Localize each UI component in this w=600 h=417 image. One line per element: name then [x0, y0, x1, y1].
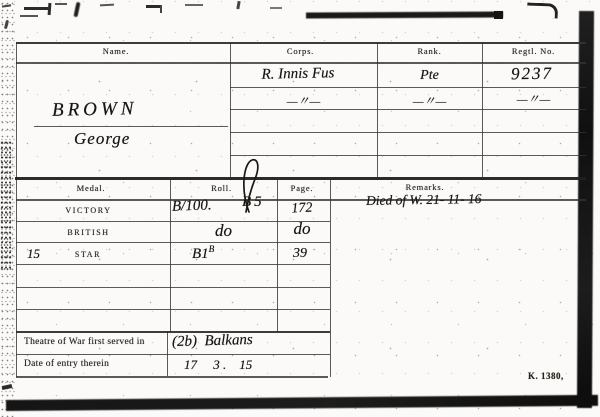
british-page-ditto: do: [277, 219, 327, 239]
scan-artifact-dash: [24, 7, 48, 10]
star-page-value: 39: [277, 246, 323, 262]
medal-index-card-scan: Name. Corps. Rank. Regtl. No. BROWN Geor…: [0, 0, 600, 417]
scan-bottom-edge-bar: [6, 395, 598, 411]
victory-roll-value: B/100.: [172, 197, 212, 215]
page-column-header: Page.: [277, 183, 327, 193]
surname-underline: [34, 126, 228, 127]
scan-artifact-stroke: [73, 2, 80, 17]
row-line: [16, 287, 330, 288]
form-code: K. 1380,: [528, 371, 564, 381]
british-medal-label: BRITISH: [16, 228, 161, 237]
scan-artifact-tick: [160, 5, 162, 13]
scan-artifact-dash: [100, 4, 114, 7]
date-of-entry-value: 17 3 . 15: [184, 357, 252, 373]
scan-artifact-dash: [55, 3, 67, 5]
scan-artifact-dash: [185, 4, 203, 6]
medal-column-header: Medal.: [16, 183, 166, 193]
row-line: [230, 87, 586, 88]
star-prefix-value: 15: [27, 246, 40, 262]
theatre-box-bottom: [16, 376, 328, 378]
scan-artifact-dash: [20, 15, 38, 17]
surname-value: BROWN: [52, 98, 138, 121]
rank-value: Pte: [377, 68, 482, 84]
card-top-border: [16, 42, 586, 44]
regtl-no-column-header: Regtl. No.: [482, 46, 585, 56]
remarks-column-header: Remarks.: [330, 182, 520, 192]
scan-left-edge-dark-speckle: [0, 140, 13, 270]
corps-value: R. Innis Fus: [234, 65, 362, 85]
victory-medal-label: VICTORY: [16, 206, 161, 215]
row-line: [230, 132, 586, 133]
theatre-of-war-value: (2b) Balkans: [172, 332, 253, 351]
rank-column-header: Rank.: [377, 46, 482, 56]
theatre-label-divider: [167, 331, 168, 376]
scan-artifact-tick: [48, 3, 51, 15]
scan-artifact-mark: [236, 1, 240, 9]
scan-artifact-top-bar-end: [494, 11, 503, 19]
theatre-of-war-label: Theatre of War first served in: [24, 337, 145, 347]
theatre-box-top: [16, 331, 330, 333]
row-line: [16, 264, 330, 265]
regtl-ditto-mark: —〃—: [482, 90, 585, 107]
scan-artifact-top-bar: [306, 11, 503, 18]
pen-flourish-loop: [236, 158, 264, 214]
regtl-no-value: 9237: [482, 63, 582, 85]
scan-artifact-hook: [527, 2, 559, 18]
corps-ditto-mark: —〃—: [230, 92, 377, 109]
row-line: [16, 242, 330, 243]
name-column-header: Name.: [56, 46, 176, 56]
forename-value: George: [74, 129, 130, 149]
scan-artifact-dash: [270, 7, 282, 9]
header-underline: [16, 62, 586, 64]
theatre-box-mid: [16, 354, 330, 355]
rank-ditto-mark: —〃—: [377, 92, 482, 109]
section-divider: [15, 177, 586, 180]
row-line: [230, 109, 586, 110]
british-roll-ditto: do: [170, 221, 277, 241]
corps-column-header: Corps.: [238, 46, 363, 56]
star-medal-label: STAR: [40, 250, 136, 259]
row-line: [230, 155, 586, 156]
star-roll-main: B1: [192, 246, 209, 262]
date-of-entry-label: Date of entry therein: [24, 359, 109, 369]
row-line: [16, 309, 330, 310]
remarks-value: Died of W. 21- 11- 16: [366, 191, 482, 209]
star-roll-value: B1B: [192, 245, 214, 263]
star-roll-superscript: B: [209, 245, 215, 255]
page-remarks-divider: [330, 179, 331, 377]
victory-page-value: 172: [277, 200, 328, 219]
